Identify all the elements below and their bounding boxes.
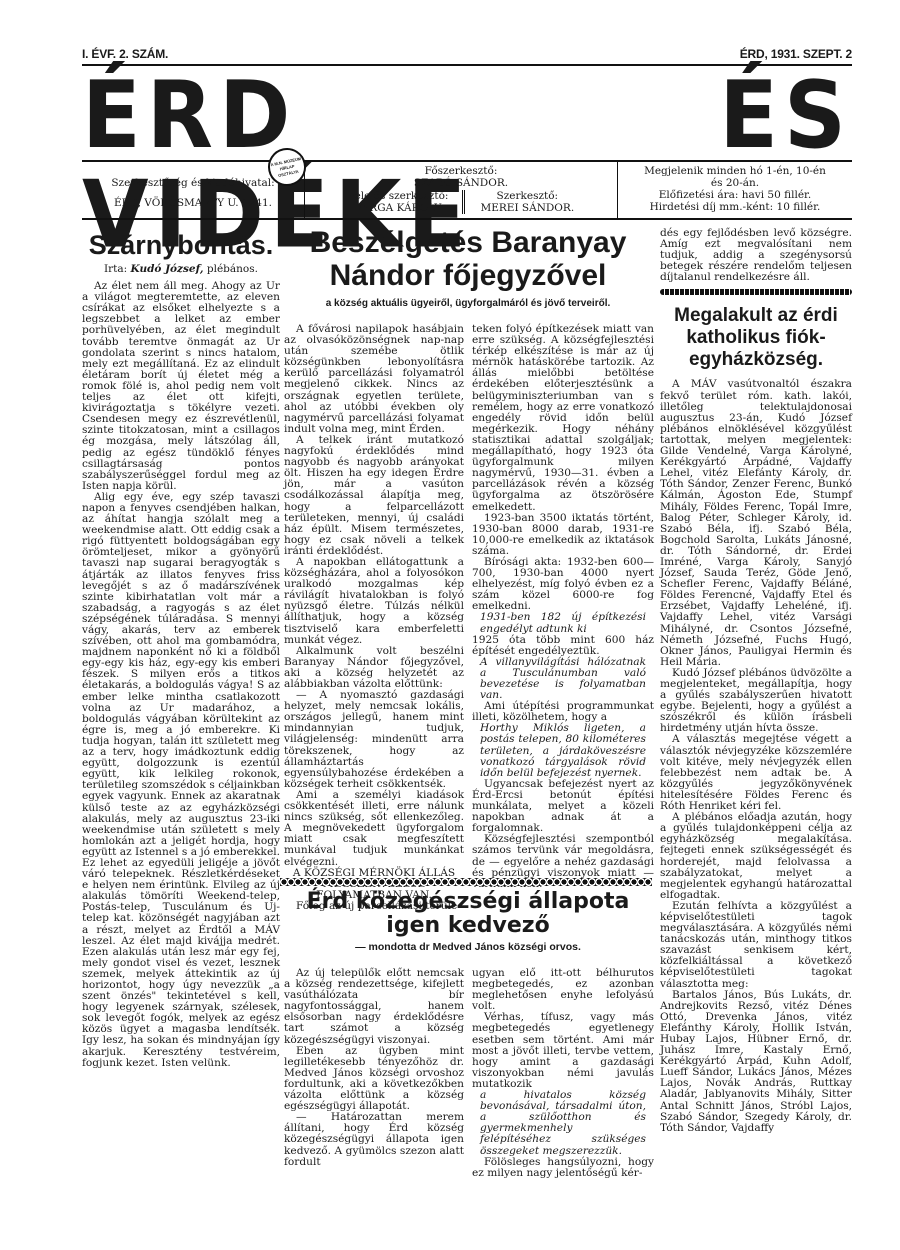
editor-name: MEREI SÁNDOR. xyxy=(480,202,574,214)
office-address: ÉRD, VÖRÖSMARTY U. 1241. xyxy=(82,197,304,209)
article-baranyay-col2: teken folyó építkezések miatt van erre s… xyxy=(472,324,654,890)
article-szarnybontas: Szárnybontás. Irta: Kudó József, plébáno… xyxy=(82,228,280,1069)
paragraph: A napokban ellátogattunk a községházára,… xyxy=(284,557,464,646)
newspaper-page: I. ÉVF. 2. SZÁM. ÉRD, 1931. SZEPT. 2 ÉRD… xyxy=(82,0,852,1250)
office-label: Szerkesztőség és kiadóhivatal: xyxy=(82,177,304,189)
paragraph: 1931-ben 182 új építkezési engedélyt adt… xyxy=(472,612,654,634)
ad-rate: Hirdetési díj mm.-ként: 10 fillér. xyxy=(618,201,852,213)
paragraph: 1923-ban 3500 iktatás történt, 1930-ban … xyxy=(472,513,654,557)
paragraph: Bírósági akta: 1932-ben 600—700, 1930-ba… xyxy=(472,557,654,612)
place-date: ÉRD, 1931. SZEPT. 2 xyxy=(740,47,852,61)
paragraph: Eben az ügyben mint legilletékesebb tény… xyxy=(284,1046,464,1113)
paragraph: Az új települők előtt nemcsak a község r… xyxy=(284,968,464,1046)
byline-prefix: Irta: xyxy=(104,263,127,275)
paragraph: A villanyvilágítási hálózatnak a Tusculá… xyxy=(472,657,654,701)
paragraph: Alkalmunk volt beszélni Baranyay Nándor … xyxy=(284,646,464,690)
editors-info: Főszerkesztő: SZABÓ SÁNDOR. Felelős szer… xyxy=(305,162,618,218)
paragraph: a hivatalos község bevonásával, társadal… xyxy=(472,1090,654,1157)
paragraph: — A nyomasztó gazdasági helyzet, mely ne… xyxy=(284,690,464,790)
paragraph: Bartalos János, Bús Lukáts, dr. Andrejko… xyxy=(660,990,852,1134)
right-column: dés egy fejlődésben levő községre. Amíg … xyxy=(660,228,852,1134)
paragraph: Kudó József plébános üdvözölte a megjele… xyxy=(660,668,852,735)
responsible-editor-block: Felelős szerkesztő: VARGA KÁROLY xyxy=(348,190,449,214)
paragraph: A plébános előadja azután, hogy a gyűlés… xyxy=(660,812,852,901)
ornamental-divider xyxy=(280,878,652,886)
paragraph: Horthy Miklós ligeten, a postás telepen,… xyxy=(472,723,654,778)
paragraph: Fölösleges hangsúlyozni, hogy ez milyen … xyxy=(472,1157,654,1179)
article-kozegeszseg-header: Érd közegészségi állapota igen kedvező —… xyxy=(282,890,654,953)
paragraph-continuation: dés egy fejlődésben levő községre. Amíg … xyxy=(660,228,852,283)
byline-author: Kudó József, xyxy=(131,263,204,275)
subscription-price: Előfizetési ára: havi 50 fillér. xyxy=(618,189,852,201)
article-kozegeszseg-col2: ugyan elő itt-ott bélhurutos megbetegedé… xyxy=(472,968,654,1179)
info-bar: Szerkesztőség és kiadóhivatal: ÉRD, VÖRÖ… xyxy=(82,162,852,218)
article-kozegeszseg-col1: Az új települők előtt nemcsak a község r… xyxy=(284,968,464,1168)
paragraph: Ezután felhívta a közgyűlést a képviselő… xyxy=(660,901,852,990)
paragraph: teken folyó építkezések miatt van erre s… xyxy=(472,324,654,513)
paragraph: A MÁV vasútvonaltól északra fekvő terüle… xyxy=(660,379,852,667)
paragraph: Ami a személyi kiadások csökkentését ill… xyxy=(284,790,464,868)
byline: Irta: Kudó József, plébános. xyxy=(82,264,280,275)
schedule-days: és 20-án. xyxy=(618,177,852,189)
responsible-editor-label: Felelős szerkesztő: xyxy=(348,190,449,202)
article-title: Szárnybontás. xyxy=(82,228,280,262)
paragraph: Az élet nem áll meg. Ahogy az Ur a világ… xyxy=(82,281,280,492)
issue-line: I. ÉVF. 2. SZÁM. ÉRD, 1931. SZEPT. 2 xyxy=(82,47,852,63)
paragraph: Ugyancsak befejezést nyert az Érd-Ercsi … xyxy=(472,779,654,834)
chief-editor-label: Főszerkesztő: xyxy=(305,165,617,177)
paragraph: A telkek iránt mutatkozó nagyfokú érdekl… xyxy=(284,435,464,557)
paragraph: — Határozattan merem állítani, hogy Érd … xyxy=(284,1112,464,1167)
editor-separator xyxy=(462,190,466,214)
article-title-line2: Nándor főjegyzővel xyxy=(282,259,654,292)
paragraph: Ami útépítési programmunkat illeti, közö… xyxy=(472,701,654,723)
article-title-line1: Beszélgetés Baranyay xyxy=(282,226,654,259)
wavy-divider xyxy=(660,289,852,295)
paragraph: Alig egy éve, egy szép tavaszi napon a f… xyxy=(82,492,280,1069)
article-title-line1: Érd közegészségi állapota xyxy=(282,890,654,914)
article-baranyay-col1: A fővárosi napilapok hasábjain az olvasó… xyxy=(284,324,464,912)
masthead-title: ÉRD ÉS VIDÉKE xyxy=(82,66,852,165)
divider xyxy=(82,218,852,220)
responsible-editor: VARGA KÁROLY xyxy=(348,202,449,214)
schedule: Megjelenik minden hó 1-én, 10-én xyxy=(618,165,852,177)
paragraph: ugyan elő itt-ott bélhurutos megbetegedé… xyxy=(472,968,654,1012)
article-title: Megalakult az érdi katholikus fiók-egyhá… xyxy=(660,305,852,371)
paragraph: A fővárosi napilapok hasábjain az olvasó… xyxy=(284,324,464,435)
editor-block: Szerkesztő: MEREI SÁNDOR. xyxy=(480,190,574,214)
chief-editor: SZABÓ SÁNDOR. xyxy=(305,177,617,189)
article-subtitle: a község aktuális ügyeiről, ügyforgalmár… xyxy=(282,298,654,309)
stamp-text: A M.N. MÚZEUM HÍRLAP OSZTÁLYA xyxy=(267,147,306,180)
issue-number: I. ÉVF. 2. SZÁM. xyxy=(82,47,168,61)
editor-label: Szerkesztő: xyxy=(480,190,574,202)
paragraph: A választás megejtése végett a választók… xyxy=(660,734,852,812)
byline-role: plébános. xyxy=(207,263,258,275)
paragraph: 1925 óta több mint 600 ház építését enge… xyxy=(472,635,654,657)
publication-info: Megjelenik minden hó 1-én, 10-én és 20-á… xyxy=(618,162,852,218)
paragraph: Vérhas, tífusz, vagy más megbetegedés eg… xyxy=(472,1012,654,1090)
article-baranyay-header: Beszélgetés Baranyay Nándor főjegyzővel … xyxy=(282,226,654,309)
article-title-line2: igen kedvező xyxy=(282,914,654,938)
article-subtitle: — mondotta dr Medved János községi orvos… xyxy=(282,942,654,953)
